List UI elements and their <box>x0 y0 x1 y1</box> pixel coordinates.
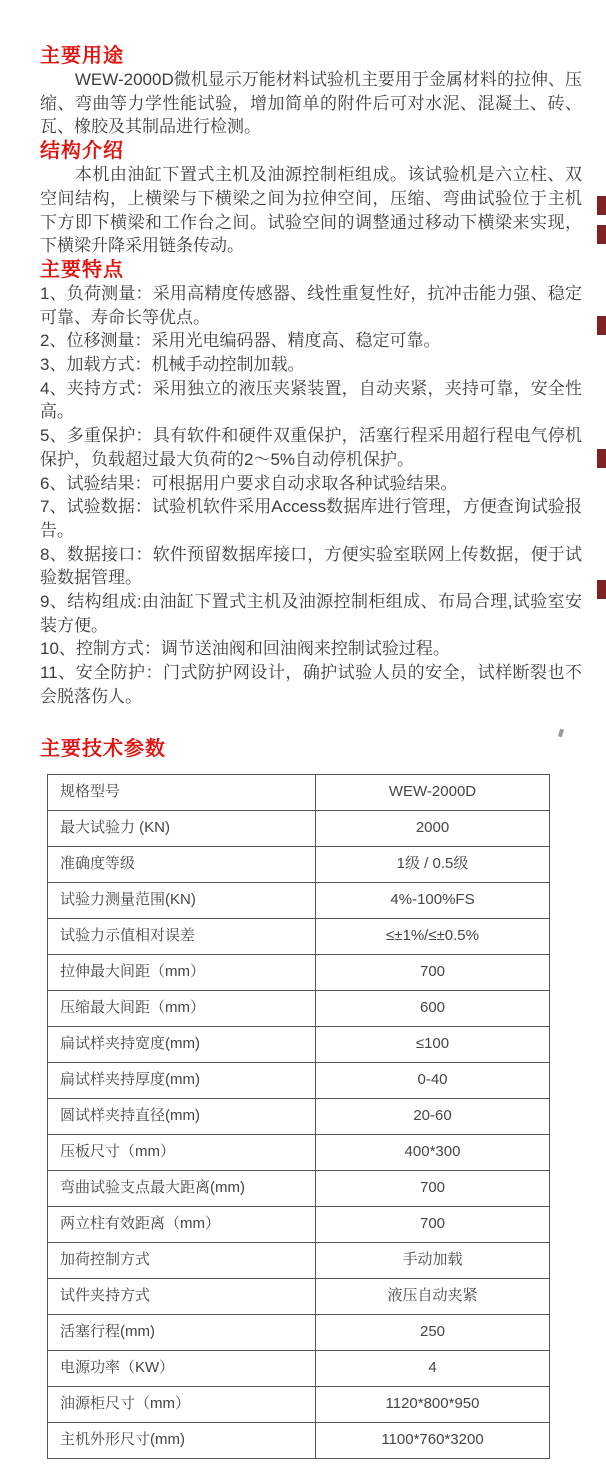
feature-item: 2、位移测量：采用光电编码器、精度高、稳定可靠。 <box>40 329 582 353</box>
spec-label: 压缩最大间距（mm） <box>48 990 316 1026</box>
table-row: 压缩最大间距（mm）600 <box>48 990 550 1026</box>
table-row: 弯曲试验支点最大距离(mm)700 <box>48 1170 550 1206</box>
table-row: 加荷控制方式手动加载 <box>48 1242 550 1278</box>
spec-value: 1100*760*3200 <box>316 1422 550 1458</box>
table-row: 扁试样夹持宽度(mm)≤100 <box>48 1026 550 1062</box>
spec-value: 4 <box>316 1350 550 1386</box>
feature-item: 6、试验结果：可根据用户要求自动求取各种试验结果。 <box>40 472 582 496</box>
document-content: 主要用途 WEW-2000D微机显示万能材料试验机主要用于金属材料的拉伸、压缩、… <box>0 0 606 1459</box>
edge-mark <box>597 316 606 335</box>
spec-value: 700 <box>316 954 550 990</box>
spec-value: ≤±1%/≤±0.5% <box>316 918 550 954</box>
feature-item: 5、多重保护：具有软件和硬件双重保护，活塞行程采用超行程电气停机保护，负载超过最… <box>40 424 582 471</box>
spec-value: 600 <box>316 990 550 1026</box>
table-row: 准确度等级1级 / 0.5级 <box>48 846 550 882</box>
table-row: 扁试样夹持厚度(mm)0-40 <box>48 1062 550 1098</box>
spec-label: 试验力测量范围(KN) <box>48 882 316 918</box>
edge-mark <box>597 449 606 468</box>
spec-label: 试验力示值相对误差 <box>48 918 316 954</box>
table-row: 压板尺寸（mm）400*300 <box>48 1134 550 1170</box>
table-row: 活塞行程(mm)250 <box>48 1314 550 1350</box>
table-row: 试验力示值相对误差≤±1%/≤±0.5% <box>48 918 550 954</box>
spec-value: 手动加载 <box>316 1242 550 1278</box>
spec-label: 准确度等级 <box>48 846 316 882</box>
feature-item: 3、加载方式：机械手动控制加载。 <box>40 353 582 377</box>
edge-mark <box>597 580 606 599</box>
edge-mark <box>597 196 606 215</box>
spec-value: 4%-100%FS <box>316 882 550 918</box>
table-row: 规格型号WEW-2000D <box>48 774 550 810</box>
structure-paragraph: 本机由油缸下置式主机及油源控制柜组成。该试验机是六立柱、双空间结构，上横梁与下横… <box>40 163 582 258</box>
section-heading-usage: 主要用途 <box>40 44 582 68</box>
section-heading-structure: 结构介绍 <box>40 139 582 163</box>
spec-value: 液压自动夹紧 <box>316 1278 550 1314</box>
spec-value: ≤100 <box>316 1026 550 1062</box>
feature-item: 9、结构组成:由油缸下置式主机及油源控制柜组成、布局合理,试验室安装方便。 <box>40 590 582 637</box>
table-row: 两立柱有效距离（mm）700 <box>48 1206 550 1242</box>
spec-value: 20-60 <box>316 1098 550 1134</box>
spec-value: 1120*800*950 <box>316 1386 550 1422</box>
table-row: 主机外形尺寸(mm)1100*760*3200 <box>48 1422 550 1458</box>
spec-label: 弯曲试验支点最大距离(mm) <box>48 1170 316 1206</box>
spec-value: 0-40 <box>316 1062 550 1098</box>
spec-label: 主机外形尺寸(mm) <box>48 1422 316 1458</box>
table-row: 试件夹持方式液压自动夹紧 <box>48 1278 550 1314</box>
specs-table: 规格型号WEW-2000D最大试验力 (KN)2000准确度等级1级 / 0.5… <box>47 774 550 1459</box>
spec-label: 扁试样夹持宽度(mm) <box>48 1026 316 1062</box>
spec-label: 加荷控制方式 <box>48 1242 316 1278</box>
spec-value: 400*300 <box>316 1134 550 1170</box>
spec-label: 电源功率（KW） <box>48 1350 316 1386</box>
spec-value: WEW-2000D <box>316 774 550 810</box>
spec-value: 250 <box>316 1314 550 1350</box>
spec-label: 活塞行程(mm) <box>48 1314 316 1350</box>
table-row: 电源功率（KW）4 <box>48 1350 550 1386</box>
table-row: 拉伸最大间距（mm）700 <box>48 954 550 990</box>
feature-item: 4、夹持方式：采用独立的液压夹紧装置，自动夹紧，夹持可靠，安全性高。 <box>40 377 582 424</box>
spec-label: 扁试样夹持厚度(mm) <box>48 1062 316 1098</box>
usage-paragraph: WEW-2000D微机显示万能材料试验机主要用于金属材料的拉伸、压缩、弯曲等力学… <box>40 68 582 139</box>
feature-item: 1、负荷测量：采用高精度传感器、线性重复性好，抗冲击能力强、稳定可靠、寿命长等优… <box>40 282 582 329</box>
features-list: 1、负荷测量：采用高精度传感器、线性重复性好，抗冲击能力强、稳定可靠、寿命长等优… <box>40 282 582 709</box>
spec-value: 700 <box>316 1206 550 1242</box>
spec-value: 700 <box>316 1170 550 1206</box>
spec-label: 拉伸最大间距（mm） <box>48 954 316 990</box>
table-row: 试验力测量范围(KN)4%-100%FS <box>48 882 550 918</box>
spec-label: 最大试验力 (KN) <box>48 810 316 846</box>
feature-item: 10、控制方式：调节送油阀和回油阀来控制试验过程。 <box>40 637 582 661</box>
spec-label: 两立柱有效距离（mm） <box>48 1206 316 1242</box>
table-row: 圆试样夹持直径(mm)20-60 <box>48 1098 550 1134</box>
section-heading-features: 主要特点 <box>40 258 582 282</box>
feature-item: 11、安全防护：门式防护网设计，确护试验人员的安全，试样断裂也不会脱落伤人。 <box>40 661 582 708</box>
feature-item: 7、试验数据：试验机软件采用Access数据库进行管理，方便查询试验报告。 <box>40 495 582 542</box>
table-row: 最大试验力 (KN)2000 <box>48 810 550 846</box>
spec-value: 2000 <box>316 810 550 846</box>
feature-item: 8、数据接口：软件预留数据库接口，方便实验室联网上传数据，便于试验数据管理。 <box>40 543 582 590</box>
edge-mark <box>597 225 606 244</box>
section-heading-specs: 主要技术参数 <box>40 737 582 761</box>
table-row: 油源柜尺寸（mm）1120*800*950 <box>48 1386 550 1422</box>
spec-label: 压板尺寸（mm） <box>48 1134 316 1170</box>
spec-label: 试件夹持方式 <box>48 1278 316 1314</box>
spec-label: 油源柜尺寸（mm） <box>48 1386 316 1422</box>
spec-label: 圆试样夹持直径(mm) <box>48 1098 316 1134</box>
spec-value: 1级 / 0.5级 <box>316 846 550 882</box>
spec-label: 规格型号 <box>48 774 316 810</box>
specs-table-body: 规格型号WEW-2000D最大试验力 (KN)2000准确度等级1级 / 0.5… <box>48 774 550 1458</box>
document-page: 主要用途 WEW-2000D微机显示万能材料试验机主要用于金属材料的拉伸、压缩、… <box>0 0 606 1474</box>
